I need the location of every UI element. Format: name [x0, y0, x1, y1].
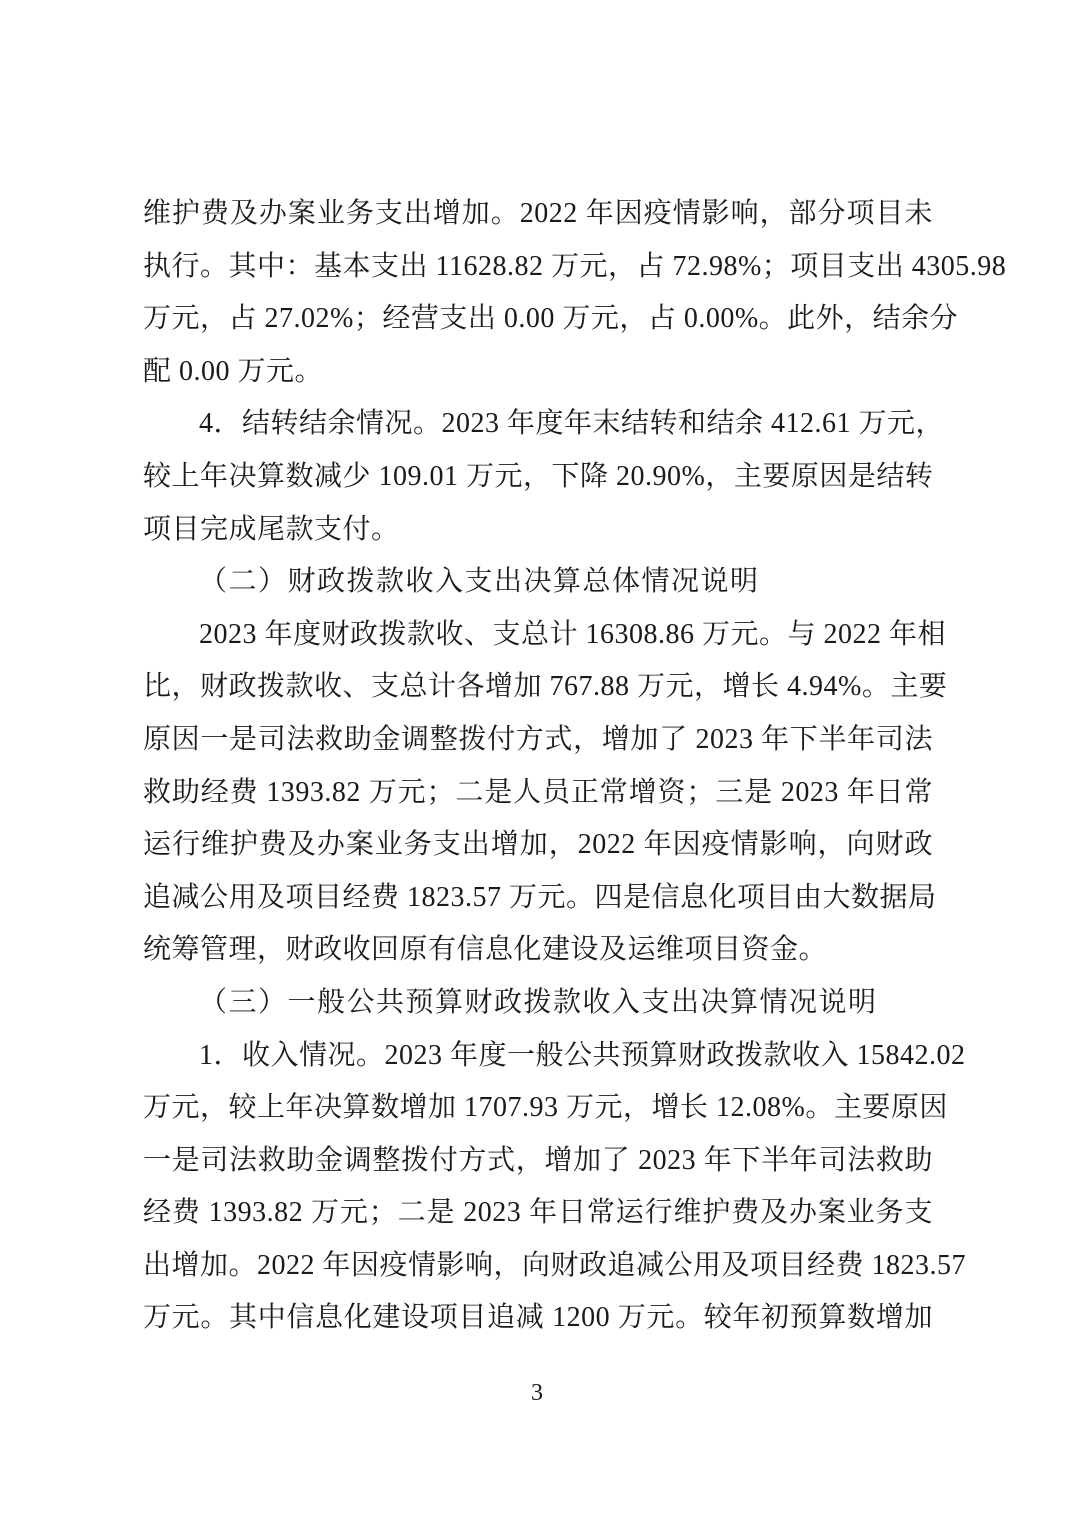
paragraph-line: 统筹管理，财政收回原有信息化建设及运维项目资金。 [143, 924, 933, 977]
paragraph-line: 1．收入情况。2023 年度一般公共预算财政拨款收入 15842.02 [143, 1030, 933, 1083]
paragraph-line: 运行维护费及办案业务支出增加，2022 年因疫情影响，向财政 [143, 819, 933, 872]
paragraph-line: 2023 年度财政拨款收、支总计 16308.86 万元。与 2022 年相 [143, 609, 933, 662]
paragraph-line: 万元，占 27.02%；经营支出 0.00 万元，占 0.00%。此外，结余分 [143, 293, 933, 346]
paragraph-line: 原因一是司法救助金调整拨付方式，增加了 2023 年下半年司法 [143, 714, 933, 767]
paragraph-line: 执行。其中：基本支出 11628.82 万元，占 72.98%；项目支出 430… [143, 241, 933, 294]
paragraph-line: 经费 1393.82 万元；二是 2023 年日常运行维护费及办案业务支 [143, 1187, 933, 1240]
page-number: 3 [0, 1378, 1074, 1408]
section-heading: （二）财政拨款收入支出决算总体情况说明 [143, 556, 933, 609]
document-page: 维护费及办案业务支出增加。2022 年因疫情影响，部分项目未 执行。其中：基本支… [0, 0, 1074, 1520]
paragraph-line: 一是司法救助金调整拨付方式，增加了 2023 年下半年司法救助 [143, 1135, 933, 1188]
paragraph-line: 救助经费 1393.82 万元；二是人员正常增资；三是 2023 年日常 [143, 767, 933, 820]
paragraph-line: 4．结转结余情况。2023 年度年末结转和结余 412.61 万元， [143, 398, 933, 451]
paragraph-line: 较上年决算数减少 109.01 万元，下降 20.90%，主要原因是结转 [143, 451, 933, 504]
paragraph-line: 比，财政拨款收、支总计各增加 767.88 万元，增长 4.94%。主要 [143, 661, 933, 714]
paragraph-line: 维护费及办案业务支出增加。2022 年因疫情影响，部分项目未 [143, 188, 933, 241]
paragraph-line: 项目完成尾款支付。 [143, 504, 933, 557]
paragraph-line: 追减公用及项目经费 1823.57 万元。四是信息化项目由大数据局 [143, 872, 933, 925]
paragraph-line: 万元。其中信息化建设项目追减 1200 万元。较年初预算数增加 [143, 1292, 933, 1345]
document-body: 维护费及办案业务支出增加。2022 年因疫情影响，部分项目未 执行。其中：基本支… [143, 188, 933, 1345]
paragraph-line: 出增加。2022 年因疫情影响，向财政追减公用及项目经费 1823.57 [143, 1240, 933, 1293]
paragraph-line: 配 0.00 万元。 [143, 346, 933, 399]
section-heading: （三）一般公共预算财政拨款收入支出决算情况说明 [143, 977, 933, 1030]
paragraph-line: 万元，较上年决算数增加 1707.93 万元，增长 12.08%。主要原因 [143, 1082, 933, 1135]
